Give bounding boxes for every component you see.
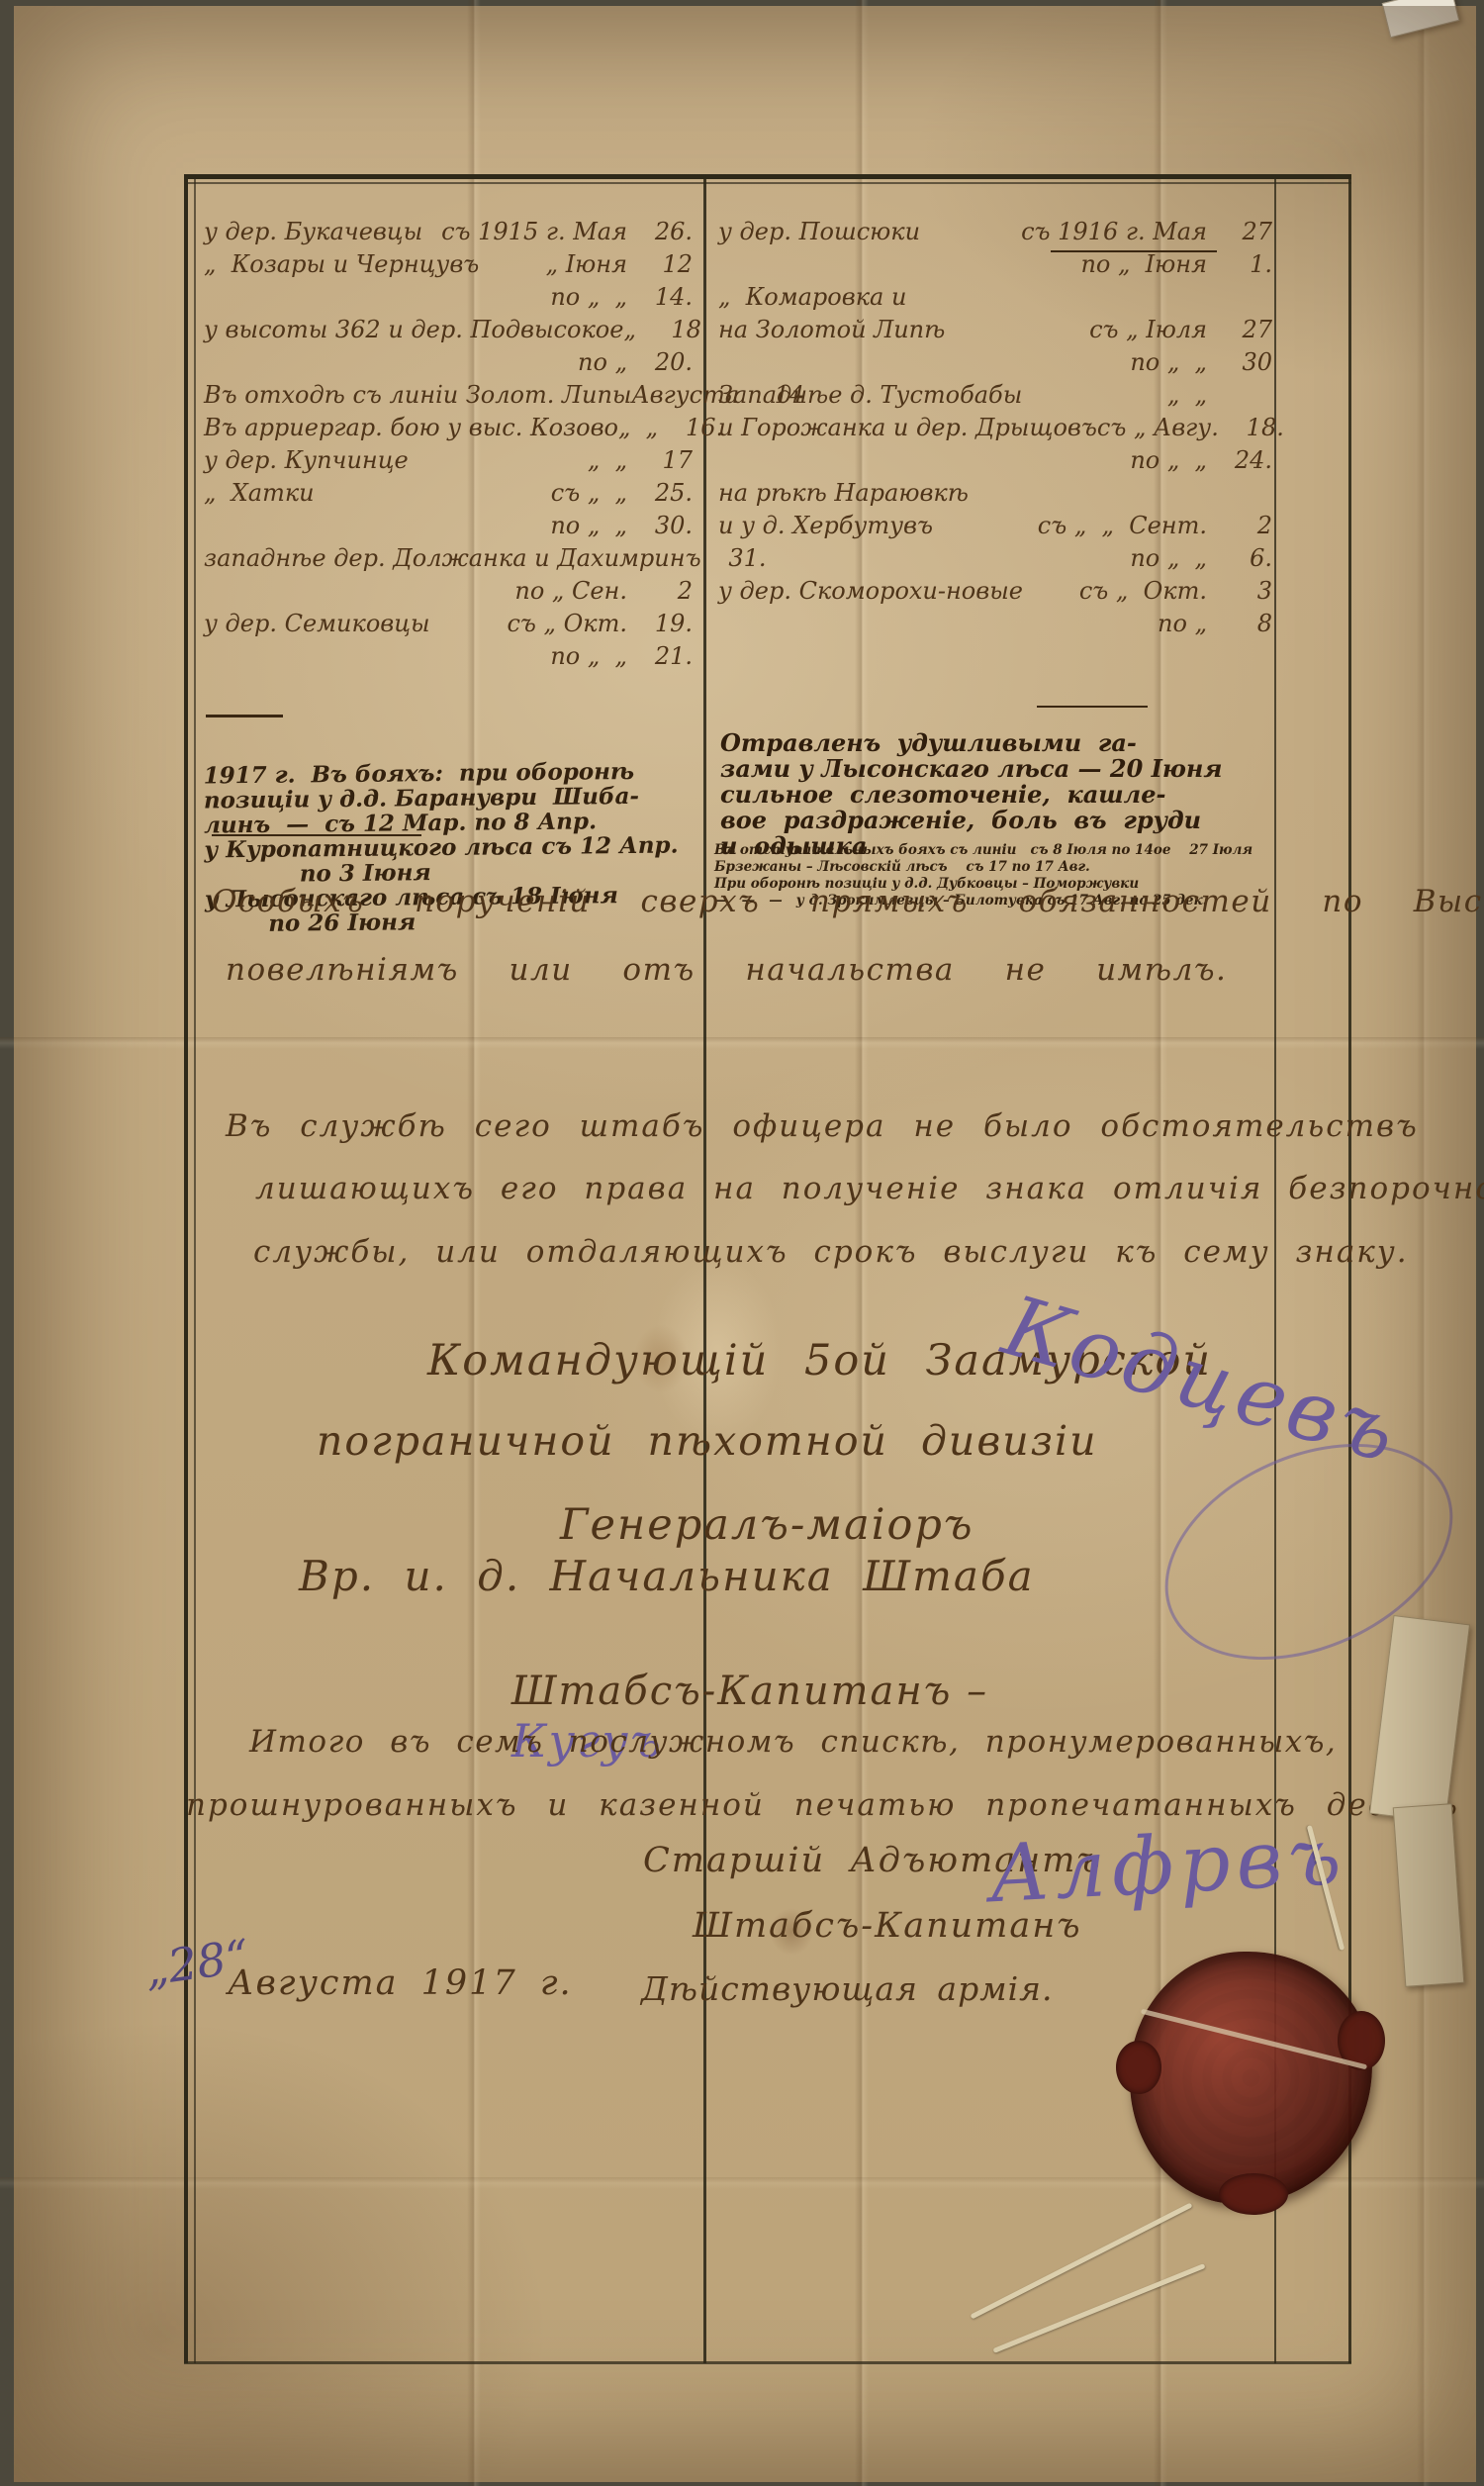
entry-day: 26. <box>641 218 693 245</box>
underline-mark-1916 <box>1051 250 1217 252</box>
campaign-1917-line: у Куропатницкого лѣса съ 12 Апр. <box>204 832 678 862</box>
underline-mark-lysonsk <box>212 834 421 836</box>
entry-day: 6. <box>1221 544 1272 572</box>
entry-row: по „ Іюня 1. <box>718 250 1272 283</box>
entry-row: по „ „ 30. <box>204 512 693 544</box>
gas-note-line: зами у Лысонскаго лѣса — 20 Іюня <box>720 756 1222 782</box>
entry-date: „ <box>623 316 649 343</box>
entry-row: по „ „ 6. <box>718 544 1272 577</box>
entry-day: 1. <box>1221 250 1272 278</box>
table-border-top <box>184 174 1351 179</box>
table-border-left-inner <box>194 174 196 2363</box>
entry-day: 17 <box>641 446 693 474</box>
entry-row: западнѣе дер. Должанка и Дахимринъ 31. <box>204 544 693 577</box>
entry-place: на Золотой Липѣ <box>718 316 945 343</box>
entry-place: у дер. Семиковцы <box>204 610 430 637</box>
entry-row: по „ Сен. 2 <box>204 577 693 610</box>
entry-day: 8 <box>1221 610 1272 637</box>
entry-date: по „ „ <box>1130 446 1221 474</box>
entry-place: и Горожанка и дер. Дрыщовъ <box>718 414 1097 441</box>
entry-day: 3 <box>1221 577 1272 605</box>
entry-day: 27 <box>1221 316 1272 343</box>
entry-place: и у д. Хербутувъ <box>718 512 933 539</box>
entry-date: съ „ „ Сент. <box>1038 512 1221 539</box>
entry-day: 25. <box>641 479 693 507</box>
entry-place: у дер. Пошсюки <box>718 218 920 245</box>
table-border-bottom <box>184 2361 1351 2364</box>
gas-note-line: Отравленъ удушливыми га- <box>720 730 1222 756</box>
fold-crease-vertical <box>1417 0 1431 2486</box>
entry-day: 30. <box>641 512 693 539</box>
service-note-line: лишающихъ его права на полученіе знака о… <box>255 1171 1484 1206</box>
entry-place: „ Хатки <box>204 479 315 507</box>
special-assignments-line: Особыхъ порученій сверхъ прямыхъ обязанн… <box>212 884 1484 919</box>
entry-row: по „ „ 14. <box>204 283 693 316</box>
entry-date: съ „ Окт. <box>1079 577 1221 605</box>
entry-row: по „ 8 <box>718 610 1272 642</box>
wax-seal-blob <box>1116 2041 1161 2094</box>
entry-row: и Горожанка и дер. Дрыщовъ съ „ Авгу. 18… <box>718 414 1272 446</box>
entry-date: по „ „ <box>1130 544 1221 572</box>
entry-row: у дер. Букачевцы съ 1915 г. Мая 26. <box>204 218 693 250</box>
service-note-line: службы, или отдаляющихъ срокъ выслуги къ… <box>253 1234 1409 1270</box>
entry-row: по „ „ 21. <box>204 642 693 675</box>
scanned-document-photo: у дер. Букачевцы съ 1915 г. Мая 26. „ Ко… <box>0 0 1484 2486</box>
entry-day: 21. <box>641 642 693 670</box>
totals-line1: Итого въ семъ послужномъ спискѣ, пронуме… <box>249 1724 1337 1760</box>
entry-day: 19. <box>641 610 693 637</box>
entry-date: „ „ <box>588 446 641 474</box>
entry-row: „ Хатки съ „ „ 25. <box>204 479 693 512</box>
army-note: Дѣйствующая армія. <box>641 1969 1053 2008</box>
entry-date: по „ Іюня <box>1080 250 1221 278</box>
entry-date: по „ „ <box>1130 348 1221 376</box>
entry-day: 27 <box>1221 218 1272 245</box>
entry-date: съ „ Авгу. <box>1097 414 1233 441</box>
wax-seal-blob <box>1219 2173 1288 2215</box>
entry-day: 16. <box>672 414 723 441</box>
adjutant-signature: Алфрвъ <box>987 1810 1349 1921</box>
entry-row: Западнѣе д. Тустобабы „ „ <box>718 381 1272 414</box>
entry-date: по „ „ <box>550 283 641 311</box>
column-divider <box>703 176 706 2363</box>
entry-day: 18. <box>1233 414 1284 441</box>
entry-day: 2 <box>641 577 693 605</box>
service-note-line: Въ службѣ сего штабъ офицера не было обс… <box>226 1108 1419 1144</box>
chief-of-staff-rank-line: Штабсъ-Капитанъ – Кугуъ <box>453 1623 988 1813</box>
entry-day: 14. <box>641 283 693 311</box>
entry-place: Въ отходѣ съ линіи Золот. Липы <box>204 381 631 409</box>
entry-place: Западнѣе д. Тустобабы <box>718 381 1022 409</box>
entry-row: по „ „ 30 <box>718 348 1272 381</box>
entry-row: по „ 20. <box>204 348 693 381</box>
entry-day: 30 <box>1221 348 1272 376</box>
entry-place: „ Козары и Чернцувъ <box>204 250 479 278</box>
entry-row: Въ отходѣ съ линіи Золот. Липы Августа 1… <box>204 381 693 414</box>
entry-row: на Золотой Липѣ съ „ Іюля 27 <box>718 316 1272 348</box>
entry-row: Въ арриергар. бою у выс. Козово „ „ 16. <box>204 414 693 446</box>
entry-row: по „ „ 24. <box>718 446 1272 479</box>
table-border-left <box>184 174 188 2363</box>
entry-row: у дер. Скоморохи-новые съ „ Окт. 3 <box>718 577 1272 610</box>
paper-tag-lower <box>1393 1803 1465 1987</box>
left-column-entries: у дер. Букачевцы съ 1915 г. Мая 26. „ Ко… <box>204 218 693 675</box>
date-month-year: Августа 1917 г. <box>228 1963 573 2003</box>
entry-date: съ „ „ <box>551 479 641 507</box>
entry-date: по „ Сен. <box>514 577 641 605</box>
entry-place: у дер. Скоморохи-новые <box>718 577 1023 605</box>
entry-date: съ „ Окт. <box>507 610 641 637</box>
entry-place: на рѣкѣ Нараювкѣ <box>718 479 969 507</box>
entry-date: по „ <box>578 348 641 376</box>
entry-row: у дер. Семиковцы съ „ Окт. 19. <box>204 610 693 642</box>
entry-row: у дер. Пошсюки съ 1916 г. Мая 27 <box>718 218 1272 250</box>
entry-place: „ Комаровка и <box>718 283 906 311</box>
entry-day: 24. <box>1221 446 1272 474</box>
special-assignments-line: повелѣніямъ или отъ начальства не имѣлъ. <box>226 952 1227 988</box>
commander-title-line2: пограничной пѣхотной дивизіи <box>317 1417 1097 1465</box>
entry-day: 20. <box>641 348 693 376</box>
entry-row: у высоты 362 и дер. Подвысокое „ 18 <box>204 316 693 348</box>
chief-of-staff-rank: Штабсъ-Капитанъ – <box>511 1669 988 1714</box>
entry-day: 12 <box>641 250 693 278</box>
entry-row: и у д. Хербутувъ съ „ „ Сент. 2 <box>718 512 1272 544</box>
table-border-top-inner <box>184 182 1351 184</box>
right-column-entries: у дер. Пошсюки съ 1916 г. Мая 27 по „ Ію… <box>718 218 1272 642</box>
entry-place: Въ арриергар. бою у выс. Козово <box>204 414 618 441</box>
entry-date: „ „ <box>1167 381 1221 409</box>
entry-date: по „ „ <box>550 512 641 539</box>
entry-date: по „ „ <box>550 642 641 670</box>
entry-place: у дер. Букачевцы <box>204 218 422 245</box>
entry-row: „ Козары и Чернцувъ „ Іюня 12 <box>204 250 693 283</box>
commander-rank: Генералъ-маіоръ <box>560 1500 974 1550</box>
entry-row: у дер. Купчинце „ „ 17 <box>204 446 693 479</box>
fine-print-line: Брзежаны – Лѣсовскій лѣсъ съ 17 по 17 Ав… <box>714 859 1252 876</box>
entry-date: по „ <box>1158 610 1221 637</box>
entry-row: на рѣкѣ Нараювкѣ <box>718 479 1272 512</box>
underline-mark-1917 <box>206 715 283 717</box>
entry-day: 18 <box>650 316 701 343</box>
fine-print-line: Въ отступательныхъ бояхъ съ линіи съ 8 І… <box>714 842 1252 859</box>
entry-row: „ Комаровка и <box>718 283 1272 316</box>
entry-date: съ 1915 г. Мая <box>441 218 641 245</box>
entry-date: „ „ <box>618 414 672 441</box>
entry-day: 2 <box>1221 512 1272 539</box>
entry-date: съ 1916 г. Мая <box>1021 218 1221 245</box>
underline-mark-20june <box>1037 706 1148 708</box>
entry-place: у высоты 362 и дер. Подвысокое <box>204 316 623 343</box>
entry-date: съ „ Іюля <box>1089 316 1221 343</box>
entry-place: у дер. Купчинце <box>204 446 409 474</box>
entry-date: „ Іюня <box>546 250 641 278</box>
fold-crease-horizontal <box>0 1037 1484 1049</box>
chief-of-staff-title: Вр. и. д. Начальника Штаба <box>299 1552 1035 1600</box>
entry-place: западнѣе дер. Должанка и Дахимринъ <box>204 544 701 572</box>
